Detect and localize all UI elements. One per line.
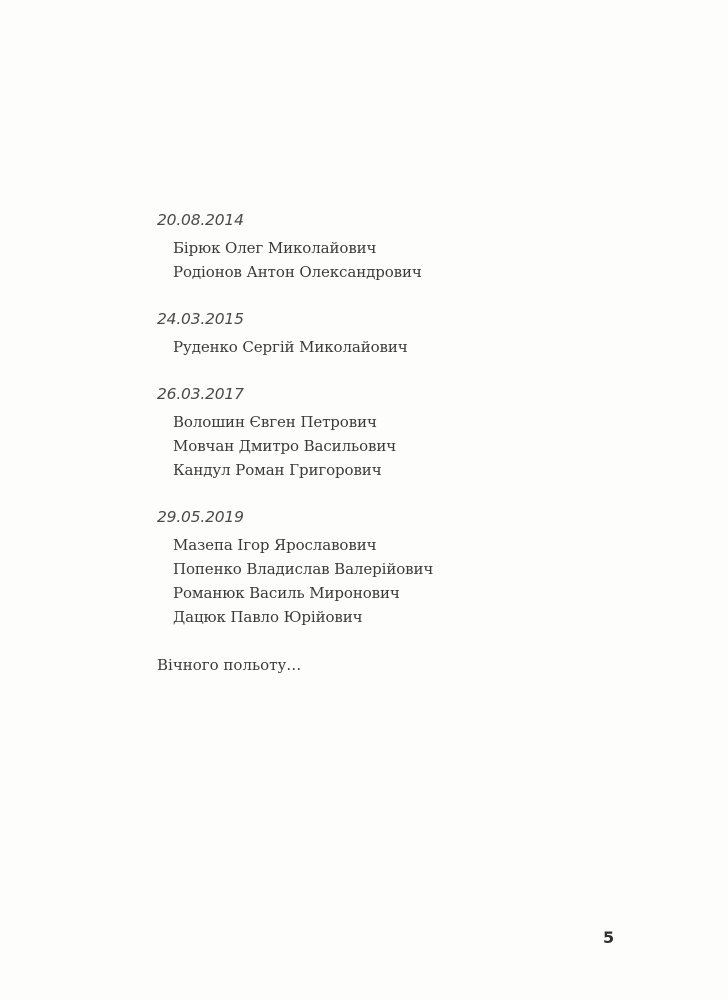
- names-list: Руденко Сергій Миколайович: [157, 335, 617, 359]
- person-name: Романюк Василь Миронович: [173, 581, 617, 605]
- names-list: Волошин Євген Петрович Мовчан Дмитро Вас…: [157, 410, 617, 482]
- person-name: Мовчан Дмитро Васильович: [173, 434, 617, 458]
- date-label: 24.03.2015: [157, 308, 617, 330]
- page-number: 5: [603, 928, 614, 948]
- names-list: Бірюк Олег Миколайович Родіонов Антон Ол…: [157, 236, 617, 284]
- person-name: Руденко Сергій Миколайович: [173, 335, 617, 359]
- date-label: 20.08.2014: [157, 209, 617, 231]
- closing-line: Вічного польоту…: [157, 653, 617, 677]
- date-group: 29.05.2019 Мазепа Ігор Ярославович Попен…: [157, 506, 617, 629]
- date-label: 29.05.2019: [157, 506, 617, 528]
- date-group: 24.03.2015 Руденко Сергій Миколайович: [157, 308, 617, 359]
- person-name: Кандул Роман Григорович: [173, 458, 617, 482]
- person-name: Родіонов Антон Олександрович: [173, 260, 617, 284]
- date-group: 20.08.2014 Бірюк Олег Миколайович Родіон…: [157, 209, 617, 284]
- memorial-list: 20.08.2014 Бірюк Олег Миколайович Родіон…: [157, 209, 617, 692]
- person-name: Волошин Євген Петрович: [173, 410, 617, 434]
- names-list: Мазепа Ігор Ярославович Попенко Владисла…: [157, 533, 617, 629]
- person-name: Попенко Владислав Валерійович: [173, 557, 617, 581]
- person-name: Мазепа Ігор Ярославович: [173, 533, 617, 557]
- person-name: Бірюк Олег Миколайович: [173, 236, 617, 260]
- date-group: 26.03.2017 Волошин Євген Петрович Мовчан…: [157, 383, 617, 482]
- person-name: Дацюк Павло Юрійович: [173, 605, 617, 629]
- date-label: 26.03.2017: [157, 383, 617, 405]
